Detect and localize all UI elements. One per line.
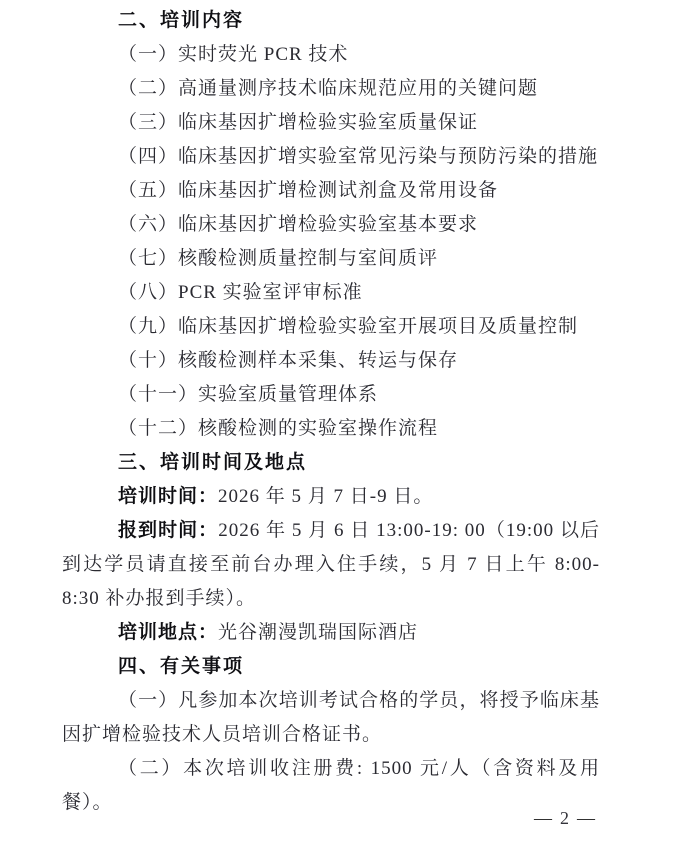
training-content-item-12: （十二）核酸检测的实验室操作流程 [62, 412, 600, 446]
checkin-time-line: 报到时间：2026 年 5 月 6 日 13:00-19: 00（19:00 以… [62, 514, 600, 616]
training-content-item-4: （四）临床基因扩增实验室常见污染与预防污染的措施 [62, 140, 600, 174]
training-content-item-10: （十）核酸检测样本采集、转运与保存 [62, 344, 600, 378]
document-body: 二、培训内容 （一）实时荧光 PCR 技术 （二）高通量测序技术临床规范应用的关… [62, 4, 600, 820]
training-content-item-2: （二）高通量测序技术临床规范应用的关键问题 [62, 72, 600, 106]
venue-line: 培训地点：光谷潮漫凯瑞国际酒店 [62, 616, 600, 650]
footer-left-dash: — [534, 808, 552, 829]
checkin-time-label: 报到时间： [118, 520, 218, 541]
venue-value: 光谷潮漫凯瑞国际酒店 [218, 622, 418, 643]
footer-right-dash: — [577, 808, 595, 829]
training-content-item-1: （一）实时荧光 PCR 技术 [62, 38, 600, 72]
training-content-item-11: （十一）实验室质量管理体系 [62, 378, 600, 412]
section-heading-time-venue: 三、培训时间及地点 [62, 446, 600, 480]
training-content-item-5: （五）临床基因扩增检测试剂盒及常用设备 [62, 174, 600, 208]
note-paragraph-1: （一）凡参加本次培训考试合格的学员，将授予临床基因扩增检验技术人员培训合格证书。 [62, 684, 600, 752]
training-time-label: 培训时间： [118, 486, 218, 507]
training-content-item-8: （八）PCR 实验室评审标准 [62, 276, 600, 310]
training-content-item-3: （三）临床基因扩增检验实验室质量保证 [62, 106, 600, 140]
venue-label: 培训地点： [118, 622, 218, 643]
section-heading-notes: 四、有关事项 [62, 650, 600, 684]
training-time-line: 培训时间：2026 年 5 月 7 日-9 日。 [62, 480, 600, 514]
page-number: 2 [560, 808, 569, 828]
note-paragraph-2: （二）本次培训收注册费: 1500 元/人（含资料及用餐）。 [62, 752, 600, 820]
page-footer: —2— [526, 808, 603, 829]
training-content-item-6: （六）临床基因扩增检验实验室基本要求 [62, 208, 600, 242]
training-content-item-9: （九）临床基因扩增检验实验室开展项目及质量控制 [62, 310, 600, 344]
training-time-value: 2026 年 5 月 7 日-9 日。 [218, 486, 433, 507]
training-content-item-7: （七）核酸检测质量控制与室间质评 [62, 242, 600, 276]
document-page: 二、培训内容 （一）实时荧光 PCR 技术 （二）高通量测序技术临床规范应用的关… [0, 0, 681, 853]
section-heading-training-content: 二、培训内容 [62, 4, 600, 38]
